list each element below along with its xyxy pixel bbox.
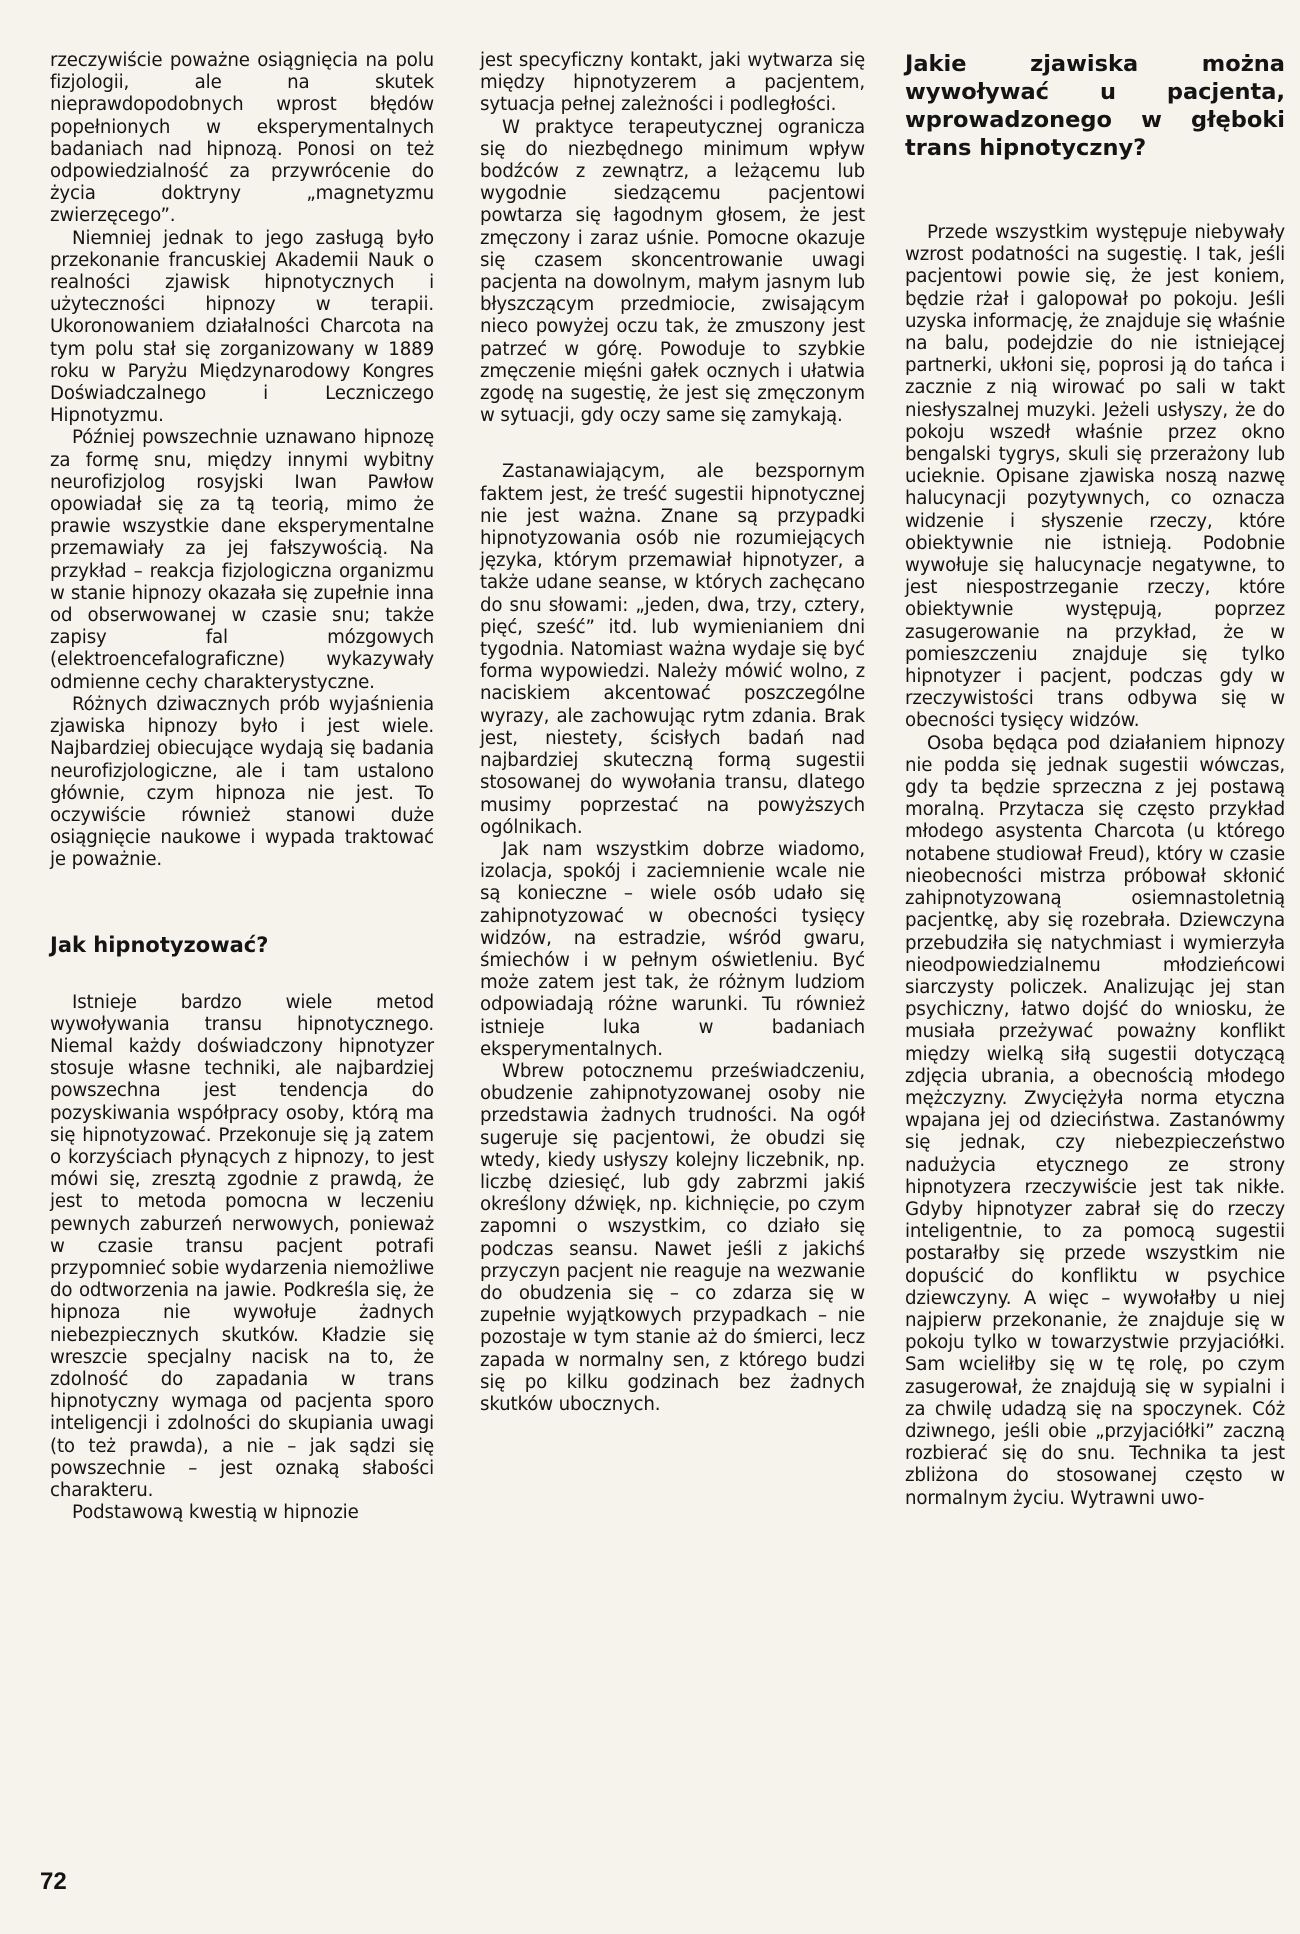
- page-number: 72: [40, 1868, 67, 1896]
- paragraph: Osoba będąca pod działaniem hipnozy nie …: [905, 733, 1285, 1510]
- paragraph: Niemniej jednak to jego zasługą było prz…: [50, 228, 434, 428]
- paragraph: Różnych dziwacznych prób wyjaśnienia zja…: [50, 694, 434, 872]
- magazine-page: rzeczywiście poważne osiągnięcia na polu…: [0, 0, 1300, 1934]
- article-column-2: jest specyficzny kontakt, jaki wytwarza …: [480, 50, 865, 1416]
- paragraph: Wbrew potocznemu przeświadczeniu, obudze…: [480, 1061, 865, 1416]
- paragraph: Jak nam wszystkim dobrze wiadomo, izolac…: [480, 839, 865, 1061]
- paragraph: jest specyficzny kontakt, jaki wytwarza …: [480, 50, 865, 117]
- article-column-3: Jakie zjawiska można wywoływać u pacjent…: [905, 50, 1285, 1510]
- paragraph: W praktyce terapeutycznej ogranicza się …: [480, 117, 865, 428]
- section-heading-phenomena: Jakie zjawiska można wywoływać u pacjent…: [905, 50, 1285, 162]
- section-heading-how-to-hypnotize: Jak hipnotyzować?: [50, 932, 434, 958]
- paragraph: Zastanawiającym, ale bezspornym faktem j…: [480, 461, 865, 838]
- paragraph: Istnieje bardzo wiele metod wywoływania …: [50, 992, 434, 1503]
- paragraph: Podstawową kwestią w hipnozie: [50, 1502, 434, 1524]
- paragraph: rzeczywiście poważne osiągnięcia na polu…: [50, 50, 434, 228]
- paragraph: Później powszechnie uznawano hipnozę za …: [50, 427, 434, 693]
- article-column-1: rzeczywiście poważne osiągnięcia na polu…: [50, 50, 434, 1524]
- paragraph: Przede wszystkim występuje niebywały wzr…: [905, 222, 1285, 733]
